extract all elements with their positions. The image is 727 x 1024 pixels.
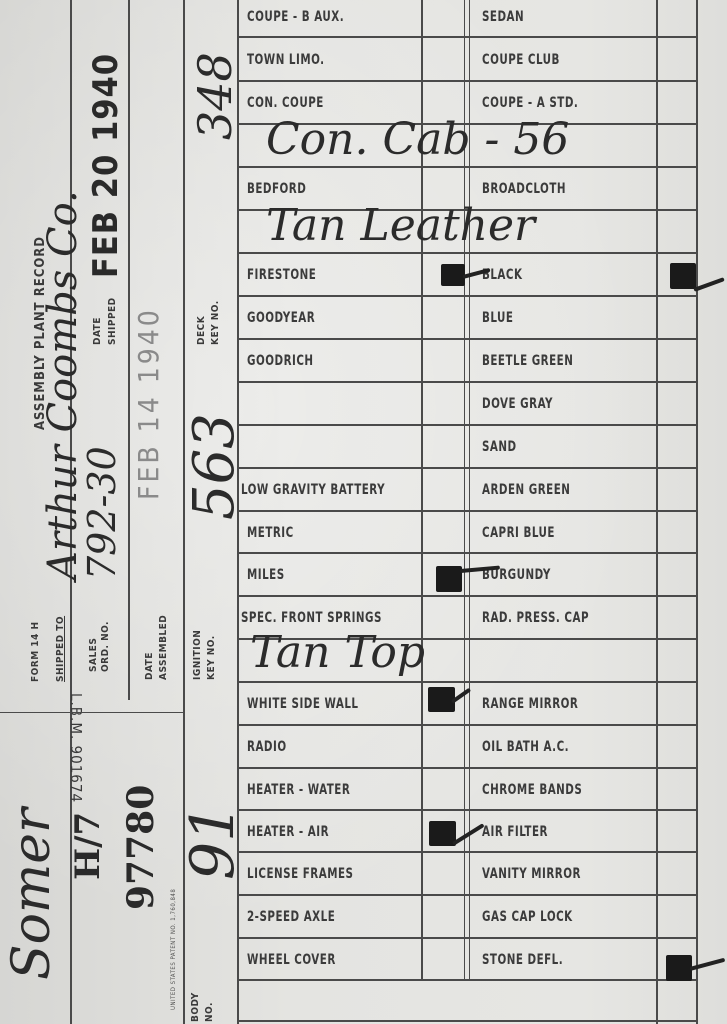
model-code: H/7	[68, 812, 108, 880]
ignition-key-label: IGNITION	[192, 630, 203, 680]
table-row: DOVE GRAY	[238, 382, 698, 425]
option-label: METRIC	[247, 511, 294, 554]
option-label: COUPE - B AUX.	[247, 0, 344, 38]
table-row: COUPE - B AUX. SEDAN	[238, 0, 698, 38]
table-row-handwritten: Tan Leather	[238, 210, 698, 253]
checkbox-black-checked[interactable]	[670, 263, 696, 289]
option-label: GAS CAP LOCK	[482, 895, 573, 938]
table-row: METRIC CAPRI BLUE	[238, 511, 698, 554]
table-row: WHEEL COVER STONE DEFL.	[238, 938, 698, 981]
option-label: ARDEN GREEN	[482, 468, 570, 511]
option-label: BEETLE GREEN	[482, 339, 573, 382]
body-no-label: BODY	[190, 992, 201, 1022]
divider-line	[128, 0, 130, 700]
option-label: CHROME BANDS	[482, 768, 582, 811]
option-label: RAD. PRESS. CAP	[482, 596, 589, 639]
option-label: BLUE	[482, 296, 513, 339]
option-label: RADIO	[247, 725, 287, 768]
option-label: MILES	[247, 553, 285, 596]
serial-number: 97780	[120, 785, 162, 910]
patent-text: UNITED STATES PATENT NO. 1,760,848	[170, 889, 177, 1010]
record-card: FORM 14 H SHIPPED TO ASSEMBLY PLANT RECO…	[0, 0, 727, 1024]
option-label: BLACK	[482, 253, 522, 296]
divider-line	[0, 712, 183, 713]
option-label: RANGE MIRROR	[482, 682, 578, 725]
option-label: AIR FILTER	[482, 810, 548, 853]
row-line	[237, 1020, 698, 1022]
option-label: DOVE GRAY	[482, 382, 553, 425]
option-label: CAPRI BLUE	[482, 511, 555, 554]
table-row: GOODRICH BEETLE GREEN	[238, 339, 698, 382]
table-row: GOODYEAR BLUE	[238, 296, 698, 339]
checkbox-miles-checked[interactable]	[436, 566, 462, 592]
shipped-to-label: SHIPPED TO	[55, 616, 66, 682]
option-label: SAND	[482, 425, 517, 468]
sales-ord-value: 792-30	[80, 446, 124, 580]
table-row: SAND	[238, 425, 698, 468]
date-assembled-label: DATE	[144, 652, 155, 680]
table-row-handwritten: Tan Top	[238, 639, 698, 682]
table-row: MILES BURGUNDY	[238, 553, 698, 596]
option-label: COUPE CLUB	[482, 38, 560, 81]
handwritten-note: Con. Cab - 56	[266, 114, 569, 165]
handwritten-note: Tan Leather	[266, 200, 535, 251]
table-row: RADIO OIL BATH A.C.	[238, 725, 698, 768]
option-label: WHITE SIDE WALL	[247, 682, 359, 725]
option-label: GOODYEAR	[247, 296, 315, 339]
form-number-label: FORM 14 H	[30, 622, 41, 683]
option-label: 2-SPEED AXLE	[247, 895, 335, 938]
handwritten-note: Tan Top	[250, 627, 425, 678]
date-assembled-stamp: FEB 14 1940	[132, 307, 165, 500]
option-label: LICENSE FRAMES	[247, 852, 353, 895]
table-row-handwritten: Con. Cab - 56	[238, 124, 698, 167]
option-label: LOW GRAVITY BATTERY	[241, 468, 385, 511]
option-label: VANITY MIRROR	[482, 852, 581, 895]
table-row: LICENSE FRAMES VANITY MIRROR	[238, 852, 698, 895]
date-shipped-stamp: FEB 20 1940	[86, 53, 126, 278]
table-row: 2-SPEED AXLE GAS CAP LOCK	[238, 895, 698, 938]
deck-key-label: KEY NO.	[210, 300, 221, 345]
checkbox-firestone-checked[interactable]	[441, 264, 465, 286]
table-row: TOWN LIMO. COUPE CLUB	[238, 38, 698, 81]
option-label: SEDAN	[482, 0, 524, 38]
deck-key-label: DECK	[196, 316, 207, 345]
lbm-number: L.B.M. 901674	[67, 693, 85, 803]
date-shipped-label: SHIPPED	[107, 297, 118, 345]
table-row: HEATER - WATER CHROME BANDS	[238, 768, 698, 811]
checkbox-stone-defl-checked[interactable]	[666, 955, 692, 981]
option-label: HEATER - WATER	[247, 768, 350, 811]
check-tick	[693, 277, 724, 292]
option-label: TOWN LIMO.	[247, 38, 325, 81]
option-label: WHEEL COVER	[247, 938, 336, 981]
sales-ord-label: ORD. NO.	[100, 621, 111, 672]
option-label: OIL BATH A.C.	[482, 725, 569, 768]
option-label: FIRESTONE	[247, 253, 316, 296]
date-shipped-label: DATE	[92, 317, 103, 345]
option-label: STONE DEFL.	[482, 938, 563, 981]
date-assembled-label: ASSEMBLED	[158, 615, 169, 680]
ignition-key-label: KEY NO.	[206, 635, 217, 680]
option-label: GOODRICH	[247, 339, 314, 382]
option-label: BURGUNDY	[482, 553, 551, 596]
body-no-label: NO.	[204, 1002, 215, 1022]
option-label: HEATER - AIR	[247, 810, 329, 853]
signature: Somer	[2, 808, 62, 980]
table-row: LOW GRAVITY BATTERY ARDEN GREEN	[238, 468, 698, 511]
sales-ord-label: SALES	[88, 638, 99, 672]
deck-key-value: 348	[188, 52, 242, 140]
